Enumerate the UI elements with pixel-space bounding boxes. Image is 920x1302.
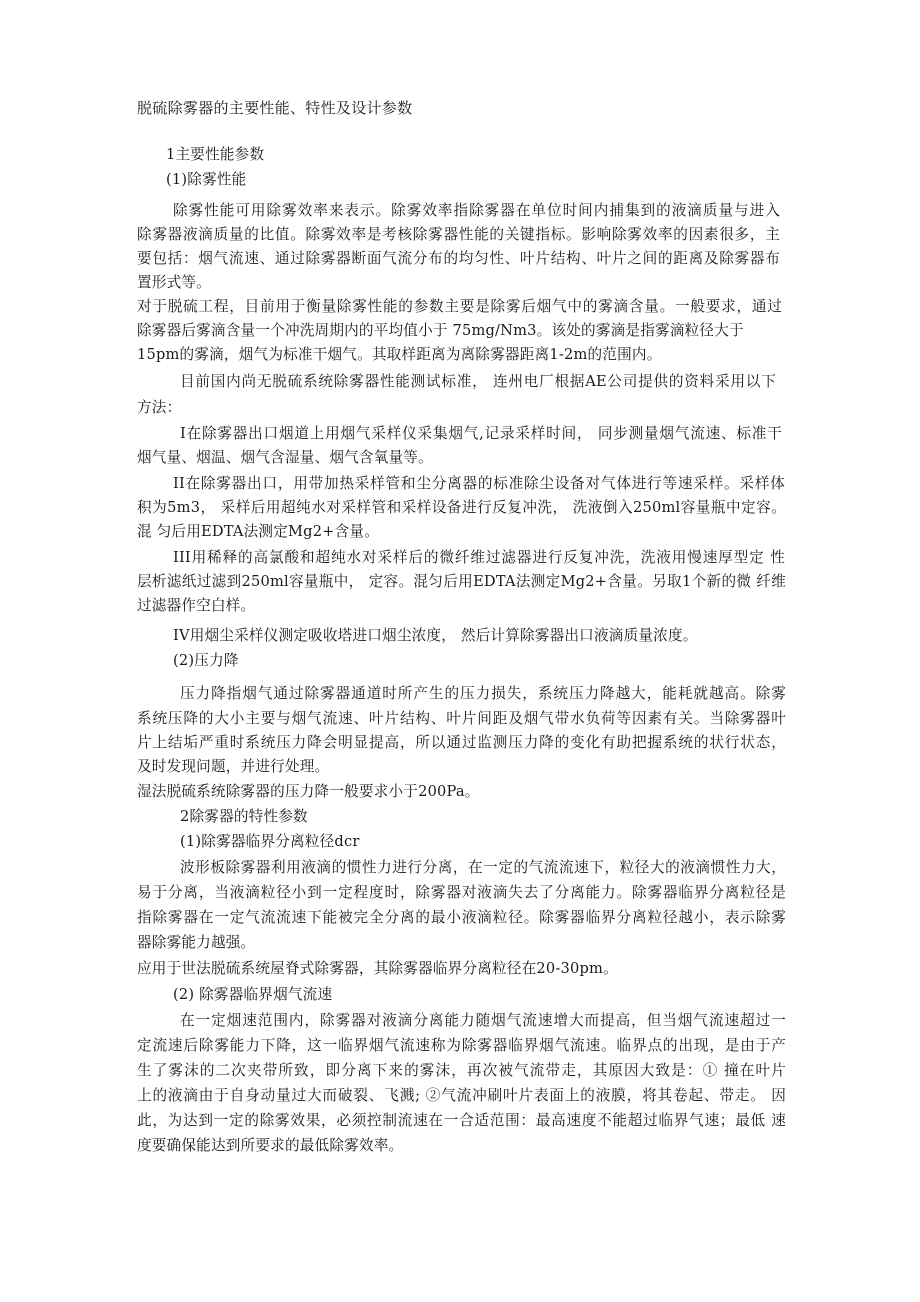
text-line: (2)压力降	[173, 651, 239, 671]
text-line: II在除雾器出口，用带加热采样管和尘分离器的标准除尘设备对气体进行等速采样。采样…	[173, 474, 785, 496]
text-line: 层析滤纸过滤到250ml容量瓶中， 定容。混匀后用EDTA法测定Mg2+含量。另…	[137, 572, 786, 594]
text-line: 系统压降的大小主要与烟气流速、叶片结构、叶片间距及烟气带水负荷等因素有关。当除雾…	[137, 709, 786, 731]
text-line: 15pm的雾滴，烟气为标准干烟气。其取样距离为离除雾器距离1-2m的范围内。	[137, 345, 662, 365]
text-line: 指除雾器在一定气流流速下能被完全分离的最小液滴粒径。除雾器临界分离粒径越小，表示…	[137, 908, 786, 930]
text-line: 上的液滴由于自身动量过大而破裂、飞溅; ②气流冲刷叶片表面上的液膜，将其卷起、带…	[137, 1086, 786, 1108]
text-line: 器除雾能力越强。	[137, 933, 255, 953]
text-line: 湿法脱硫系统除雾器的压力降一般要求小于200Pa。	[137, 782, 480, 802]
text-line: 要包括：烟气流速、通过除雾器断面气流分布的均匀性、叶片结构、叶片之间的距离及除雾…	[137, 249, 780, 271]
text-line: III用稀释的高氯酸和超纯水对采样后的微纤维过滤器进行反复冲洗，洗液用慢速厚型定…	[173, 548, 785, 570]
text-line: (2) 除雾器临界烟气流速	[173, 985, 332, 1005]
text-line: 波形板除雾器利用液滴的惯性力进行分离，在一定的气流流速下，粒径大的液滴惯性力大，	[180, 858, 786, 880]
text-line: 片上结垢严重时系统压力降会明显提高，所以通过监测压力降的变化有助把握系统的状行状…	[137, 733, 786, 755]
text-line: 在一定烟速范围内，除雾器对液滴分离能力随烟气流速增大而提高，但当烟气流速超过一	[180, 1011, 786, 1033]
text-line: 度要确保能达到所要求的最低除雾效率。	[137, 1136, 403, 1156]
text-line: 烟气量、烟温、烟气含湿量、烟气含氧量等。	[137, 448, 433, 468]
text-line: 混 匀后用EDTA法测定Mg2+含量。	[137, 522, 379, 542]
text-line: 积为5m3， 采样后用超纯水对采样管和采样设备进行反复冲洗， 洗液倒入250ml…	[137, 498, 786, 520]
text-line: 生了雾沫的二次夹带所致，即分离下来的雾沫，再次被气流带走，其原因大致是：① 撞在…	[137, 1061, 786, 1083]
text-line: 目前国内尚无脱硫系统除雾器性能测试标准， 连州电厂根据AE公司提供的资料采用以下	[180, 372, 776, 394]
text-line: 除雾器后雾滴含量一个冲洗周期内的平均值小于 75mg/Nm3。该处的雾滴是指雾滴…	[137, 321, 744, 341]
text-line: 1主要性能参数	[166, 145, 264, 165]
text-line: 方法：	[137, 398, 181, 418]
text-line: 易于分离，当液滴粒径小到一定程度时，除雾器对液滴失去了分离能力。除雾器临界分离粒…	[137, 883, 786, 905]
document-page: 脱硫除雾器的主要性能、特性及设计参数1主要性能参数(1)除雾性能除雾性能可用除雾…	[0, 0, 920, 1302]
text-line: 除雾器液滴质量的比值。除雾效率是考核除雾器性能的关键指标。影响除雾效率的因素很多…	[137, 225, 780, 247]
text-line: 过滤器作空白样。	[137, 596, 255, 616]
text-line: 定流速后除雾能力下降，这一临界烟气流速称为除雾器临界烟气流速。临界点的出现，是由…	[137, 1036, 786, 1058]
text-line: 2除雾器的特性参数	[180, 807, 308, 827]
text-line: 置形式等。	[137, 273, 211, 293]
text-line: I在除雾器出口烟道上用烟气采样仪采集烟气,记录采样时间， 同步测量烟气流速、标准…	[180, 424, 782, 446]
document-title: 脱硫除雾器的主要性能、特性及设计参数	[137, 98, 412, 118]
text-line: (1)除雾性能	[166, 170, 246, 190]
text-line: IV用烟尘采样仪测定吸收塔进口烟尘浓度， 然后计算除雾器出口液滴质量浓度。	[173, 626, 698, 646]
text-line: 对于脱硫工程，目前用于衡量除雾性能的参数主要是除雾后烟气中的雾滴含量。一般要求，…	[137, 297, 782, 319]
text-line: 此，为达到一定的除雾效果，必须控制流速在一合适范围：最高速度不能超过临界气速；最…	[137, 1111, 786, 1133]
text-line: 除雾性能可用除雾效率来表示。除雾效率指除雾器在单位时间内捕集到的液滴质量与进入	[173, 201, 780, 223]
text-line: 应用于世法脱硫系统屋脊式除雾器，其除雾器临界分离粒径在20-30pm。	[137, 959, 618, 979]
text-line: (1)除雾器临界分离粒径dcr	[180, 832, 360, 852]
text-line: 压力降指烟气通过除雾器通道时所产生的压力损失，系统压力降越大，能耗就越高。除雾	[180, 684, 786, 706]
text-line: 及时发现问题，并进行处理。	[137, 757, 329, 777]
